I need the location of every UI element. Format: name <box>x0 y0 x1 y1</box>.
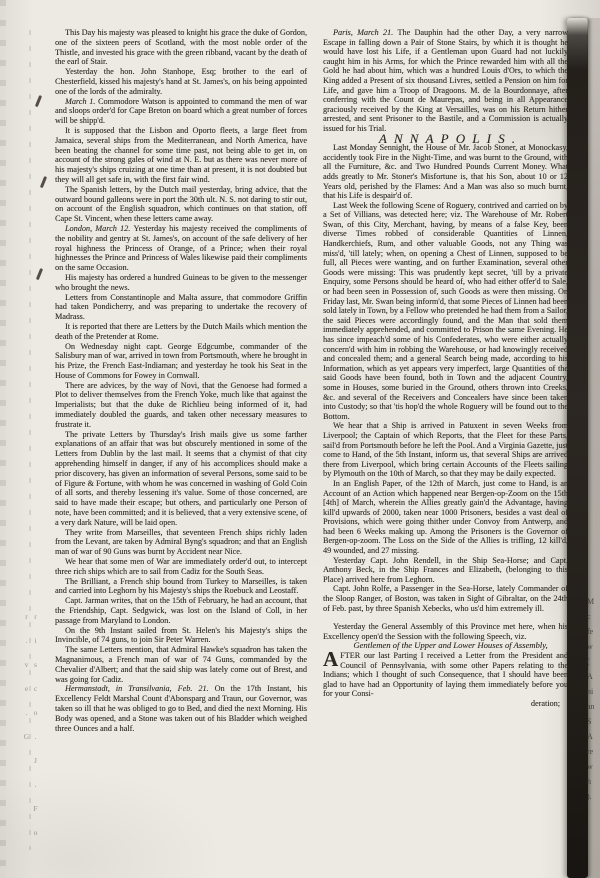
paragraph-text: On Wednesday night capt. George Edgcumbe… <box>55 342 307 380</box>
text-fragment: ). <box>587 793 592 801</box>
news-paragraph: March 1. Commodore Watson is appointed t… <box>55 97 307 126</box>
foreign-news: Paris, March 21. The Dauphin had the oth… <box>323 28 568 134</box>
paragraph-text: Last Week the following Scene of Roguery… <box>323 201 568 421</box>
paragraph-text: This Day his majesty was pleased to knig… <box>55 28 307 66</box>
speech-text: FTER our last Parting I received a Lette… <box>323 651 568 698</box>
drop-cap: A <box>323 651 340 668</box>
speech-body-paragraph: AFTER our last Parting I received a Lett… <box>323 651 568 699</box>
news-paragraph: The same Letters mention, that Admiral H… <box>55 645 307 684</box>
speech-heading: Gentlemen of the Upper and Lower Houses … <box>323 641 568 651</box>
news-paragraph: It is supposed that the Lisbon and Oport… <box>55 126 307 185</box>
text-fragment: M <box>587 598 594 606</box>
paragraph-text: The private Letters by Thursday's Irish … <box>55 430 307 527</box>
news-paragraph: Capt. Jarman writes, that on the 15th of… <box>55 596 307 625</box>
news-paragraph: London, March 12. Yesterday his majesty … <box>55 224 307 273</box>
news-paragraph: Hermanstadt, in Transilvania, Feb. 21. O… <box>55 684 307 733</box>
left-margin-bleedthrough-text: r i s c o . J . F o r . v e . G <box>22 612 40 842</box>
news-paragraph: Capt. John Rolfe, a Passenger in the Sea… <box>323 584 568 613</box>
text-fragment: ( <box>587 658 590 666</box>
annapolis-section-heading: ANNAPOLIS. <box>323 134 568 144</box>
text-fragment: re <box>587 748 593 756</box>
news-paragraph: The Brilliant, a French ship bound from … <box>55 577 307 597</box>
text-fragment: A <box>587 673 593 681</box>
paragraph-text: The Dauphin had the other Day, a very na… <box>323 28 568 133</box>
text-fragment: S <box>587 718 591 726</box>
news-paragraph: On Wednesday night capt. George Edgcumbe… <box>55 342 307 381</box>
paragraph-text: Letters from Constantinople and Malta as… <box>55 293 307 322</box>
newspaper-page: r i s c o . J . F o r . v e . G This Day… <box>0 0 600 878</box>
text-fragment: c <box>587 613 591 621</box>
news-paragraph: They write from Marseilles, that sevente… <box>55 528 307 557</box>
paragraph-text: His majesty has ordered a hundred Guinea… <box>55 273 307 292</box>
news-paragraph: Last Week the following Scene of Roguery… <box>323 201 568 422</box>
annapolis-news: Last Monday Sennight, the House of Mr. J… <box>323 143 568 613</box>
paragraph-text: Yesterday Capt. John Rendell, in the Shi… <box>323 556 568 584</box>
left-column: This Day his majesty was pleased to knig… <box>55 28 307 733</box>
binding-shadow <box>567 18 588 878</box>
paragraph-text: It is supposed that the Lisbon and Oport… <box>55 126 307 184</box>
speech-catchword: deration; <box>323 699 568 709</box>
paragraph-text: The Spanish letters, by the Dutch mail y… <box>55 185 307 223</box>
paragraph-text: Capt. Jarman writes, that on the 15th of… <box>55 596 307 625</box>
paragraph-text: They write from Marseilles, that sevente… <box>55 528 307 557</box>
news-paragraph: This Day his majesty was pleased to knig… <box>55 28 307 67</box>
news-paragraph: Yesterday Capt. John Rendell, in the Shi… <box>323 556 568 585</box>
text-fragment: w <box>587 643 593 651</box>
ink-mark <box>36 268 43 280</box>
paragraph-text: On the 9th Instant sailed from St. Helen… <box>55 626 307 645</box>
paragraph-text: We hear that a Ship is arrived in Patuxe… <box>323 421 568 478</box>
news-paragraph: Last Monday Sennight, the House of Mr. J… <box>323 143 568 201</box>
paragraph-text: We hear that some men of War are immedia… <box>55 557 307 576</box>
text-fragment: ni <box>587 688 593 696</box>
text-fragment: A <box>587 733 593 741</box>
news-paragraph: His majesty has ordered a hundred Guinea… <box>55 273 307 293</box>
paragraph-text: The same Letters mention, that Admiral H… <box>55 645 307 683</box>
left-edge-scan-artifacts <box>0 0 6 878</box>
dateline: Paris, March 21. <box>333 28 397 37</box>
news-paragraph: In an English Paper, of the 12th of Marc… <box>323 479 568 556</box>
assembly-intro-paragraph: Yesterday the General Assembly of this P… <box>323 622 568 641</box>
paragraph-text: The Brilliant, a French ship bound from … <box>55 577 307 596</box>
paragraph-text: Last Monday Sennight, the House of Mr. J… <box>323 143 568 200</box>
ink-mark <box>40 176 47 188</box>
news-paragraph: We hear that a Ship is arrived in Patuxe… <box>323 421 568 479</box>
text-fragment: fe <box>587 628 593 636</box>
news-paragraph: The private Letters by Thursday's Irish … <box>55 430 307 528</box>
news-paragraph: Letters from Constantinople and Malta as… <box>55 293 307 322</box>
adjacent-page-text-fragments: M c fe w ( A ni an S A re w h ). <box>587 598 599 801</box>
dateline: London, March 12. <box>65 224 133 233</box>
text-fragment: w <box>587 763 593 771</box>
paragraph-text: Capt. John Rolfe, a Passenger in the Sea… <box>323 584 568 612</box>
news-paragraph: It is reported that there are Letters by… <box>55 322 307 342</box>
news-paragraph: Yesterday the hon. John Stanhope, Esq; b… <box>55 67 307 96</box>
text-fragment: h <box>587 778 591 786</box>
news-paragraph: There are advices, by the way of Novi, t… <box>55 381 307 430</box>
news-paragraph: On the 9th Instant sailed from St. Helen… <box>55 626 307 646</box>
paragraph-text: Yesterday the hon. John Stanhope, Esq; b… <box>55 67 307 96</box>
paragraph-text: It is reported that there are Letters by… <box>55 322 307 341</box>
news-paragraph: Paris, March 21. The Dauphin had the oth… <box>323 28 568 134</box>
ink-mark <box>35 95 42 107</box>
paragraph-text: There are advices, by the way of Novi, t… <box>55 381 307 429</box>
dateline: March 1. <box>65 97 98 106</box>
dateline: Hermanstadt, in Transilvania, Feb. 21. <box>65 684 215 693</box>
text-fragment: an <box>587 703 595 711</box>
paragraph-text: In an English Paper, of the 12th of Marc… <box>323 479 568 555</box>
news-paragraph: We hear that some men of War are immedia… <box>55 557 307 577</box>
right-column: Paris, March 21. The Dauphin had the oth… <box>323 28 568 709</box>
news-paragraph: The Spanish letters, by the Dutch mail y… <box>55 185 307 224</box>
